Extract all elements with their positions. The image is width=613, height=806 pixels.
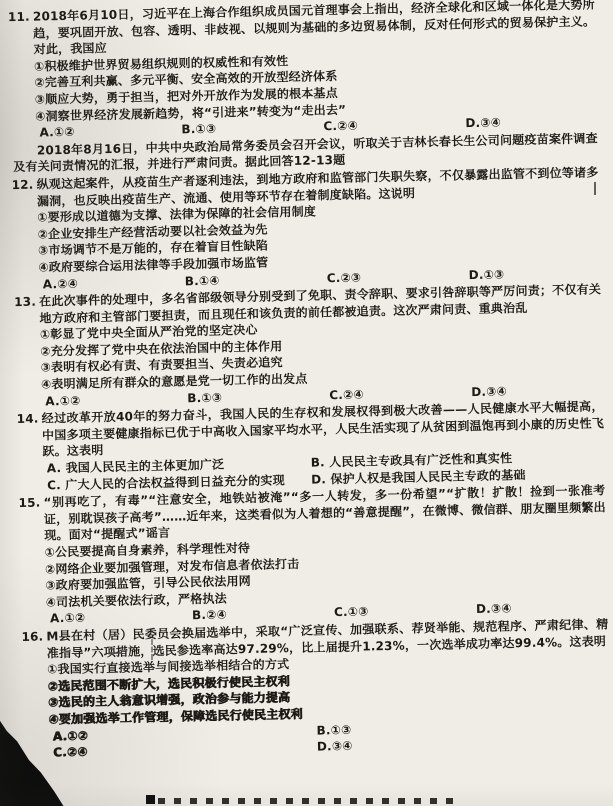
exam-body: 11.2018年6月10日，习近平在上海合作组织成员国元首理事会上指出，经济全球… (10, 0, 611, 763)
option-A: A.①② (50, 608, 192, 628)
option-C: C.①③ (334, 601, 476, 621)
question-16: 16.M县在村（居）民委员会换届选举中，采取“广泛宣传、加强联系、荐贤举能、规范… (23, 616, 611, 761)
option-B: B.①③ (181, 118, 323, 138)
scanned-exam-page: 11.2018年6月10日，习近平在上海合作组织成员国元首理事会上指出，经济全球… (0, 0, 613, 806)
question-number: 12. (11, 177, 33, 194)
question-number: 14. (17, 411, 39, 428)
option-A: A.①② (45, 390, 187, 410)
footer-clipped-text-strip (158, 798, 460, 804)
question-11: 11.2018年6月10日，习近平在上海合作组织成员国元首理事会上指出，经济全球… (10, 0, 598, 142)
stray-mark-right (594, 182, 596, 195)
option-A: A.①② (39, 122, 181, 142)
question-number: 11. (8, 9, 30, 26)
question-15: 15.“别再吃了，有毒”“注意安全，地铁站被淹”“多一人转发，多一份希望”“扩散… (20, 482, 608, 627)
footer-clipped-glyph (146, 795, 155, 804)
stray-pencil-dash (109, 652, 122, 654)
option-D: D.③④ (465, 112, 607, 132)
question-12: 12.纵观这起案件，从疫苗生产者逐利违法，到地方政府和监管部门失职失察，不仅暴露… (13, 164, 600, 293)
stray-dashed-line (151, 639, 153, 660)
option-D: D.①③ (469, 264, 611, 284)
option-B: B.①③ (187, 387, 329, 407)
question-number: 16. (21, 628, 43, 645)
question-number: 13. (14, 294, 36, 311)
option-B: B.②④ (192, 605, 334, 625)
question-14: 14.经过改革开放40年的努力奋斗，我国人民的生存权和发展权得到极大改善——人民… (19, 398, 606, 494)
option-C: C.②④ (323, 115, 465, 135)
option-C: C.②③ (327, 267, 469, 287)
question-13: 13.在此次事件的处理中，多名省部级领导分别受到了免职、责令辞职、要求引咎辞职等… (16, 281, 603, 410)
option-B: B.①④ (185, 270, 327, 290)
option-D: D.③④ (476, 598, 613, 618)
option-A: A.②④ (43, 273, 185, 293)
option-D: D.③④ (471, 381, 613, 401)
question-number: 15. (18, 495, 40, 512)
option-C: C.②④ (329, 384, 471, 404)
